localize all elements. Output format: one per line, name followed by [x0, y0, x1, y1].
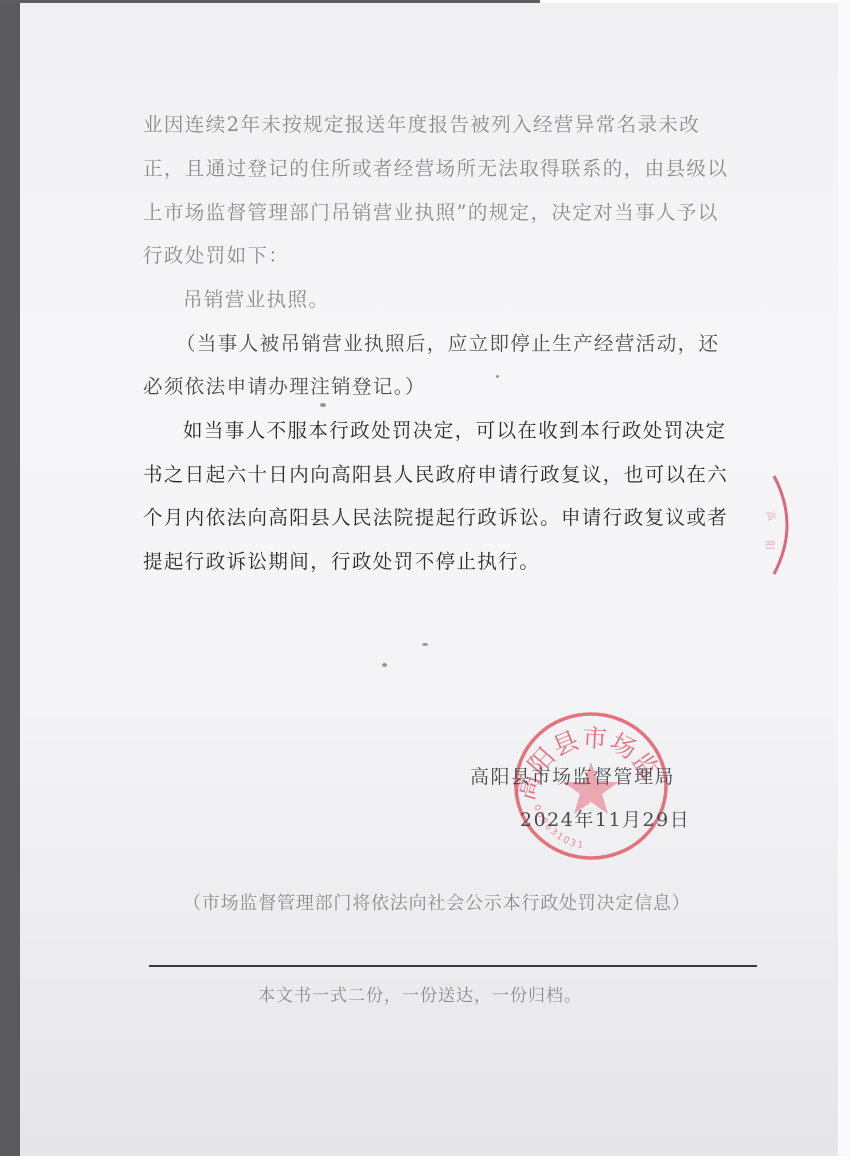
- scan-speck: [496, 375, 499, 378]
- appeal-line-2: 书之日起六十日内向高阳县人民政府申请行政复议，也可以在六: [143, 462, 728, 488]
- appeal-line-3: 个月内依法向高阳县人民法院提起行政诉讼。申请行政复议或者: [143, 505, 728, 531]
- copies-note: 本文书一式二份，一份送达，一份归档。: [258, 981, 582, 1006]
- svg-text:高: 高: [763, 509, 779, 523]
- body-line-1: 业因连续2年未按规定报送年度报告被列入经营异常名录未改: [143, 112, 700, 138]
- partial-seal-icon: 高 阳: [760, 470, 800, 580]
- appeal-line-1: 如当事人不服本行政处罚决定，可以在收到本行政处罚决定: [183, 418, 726, 444]
- body-line-2: 正，且通过登记的住所或者经营场所无法取得联系的，由县级以: [143, 156, 728, 182]
- issue-date: 2024年11月29日: [520, 805, 690, 832]
- issuing-authority: 高阳县市场监督管理局: [470, 762, 675, 789]
- scan-speck: [320, 403, 326, 407]
- public-notice: （市场监督管理部门将依法向社会公示本行政处罚决定信息）: [183, 889, 691, 915]
- penalty-note-line-1: （当事人被吊销营业执照后，应立即停止生产经营活动，还: [176, 331, 719, 357]
- scan-speck: [422, 643, 428, 646]
- body-line-3: 上市场监督管理部门吊销营业执照”的规定，决定对当事人予以: [143, 200, 719, 226]
- footer-divider: [149, 965, 757, 967]
- svg-text:阳: 阳: [763, 540, 775, 550]
- scan-right-edge: [838, 0, 850, 1156]
- penalty-text: 吊销营业执照。: [183, 287, 329, 313]
- scan-speck: [382, 663, 387, 667]
- appeal-line-4: 提起行政诉讼期间，行政处罚不停止执行。: [143, 549, 540, 575]
- body-line-4: 行政处罚如下：: [143, 243, 289, 269]
- scan-left-shadow: [0, 0, 20, 1156]
- penalty-note-line-2: 必须依法申请办理注销登记。）: [143, 374, 426, 400]
